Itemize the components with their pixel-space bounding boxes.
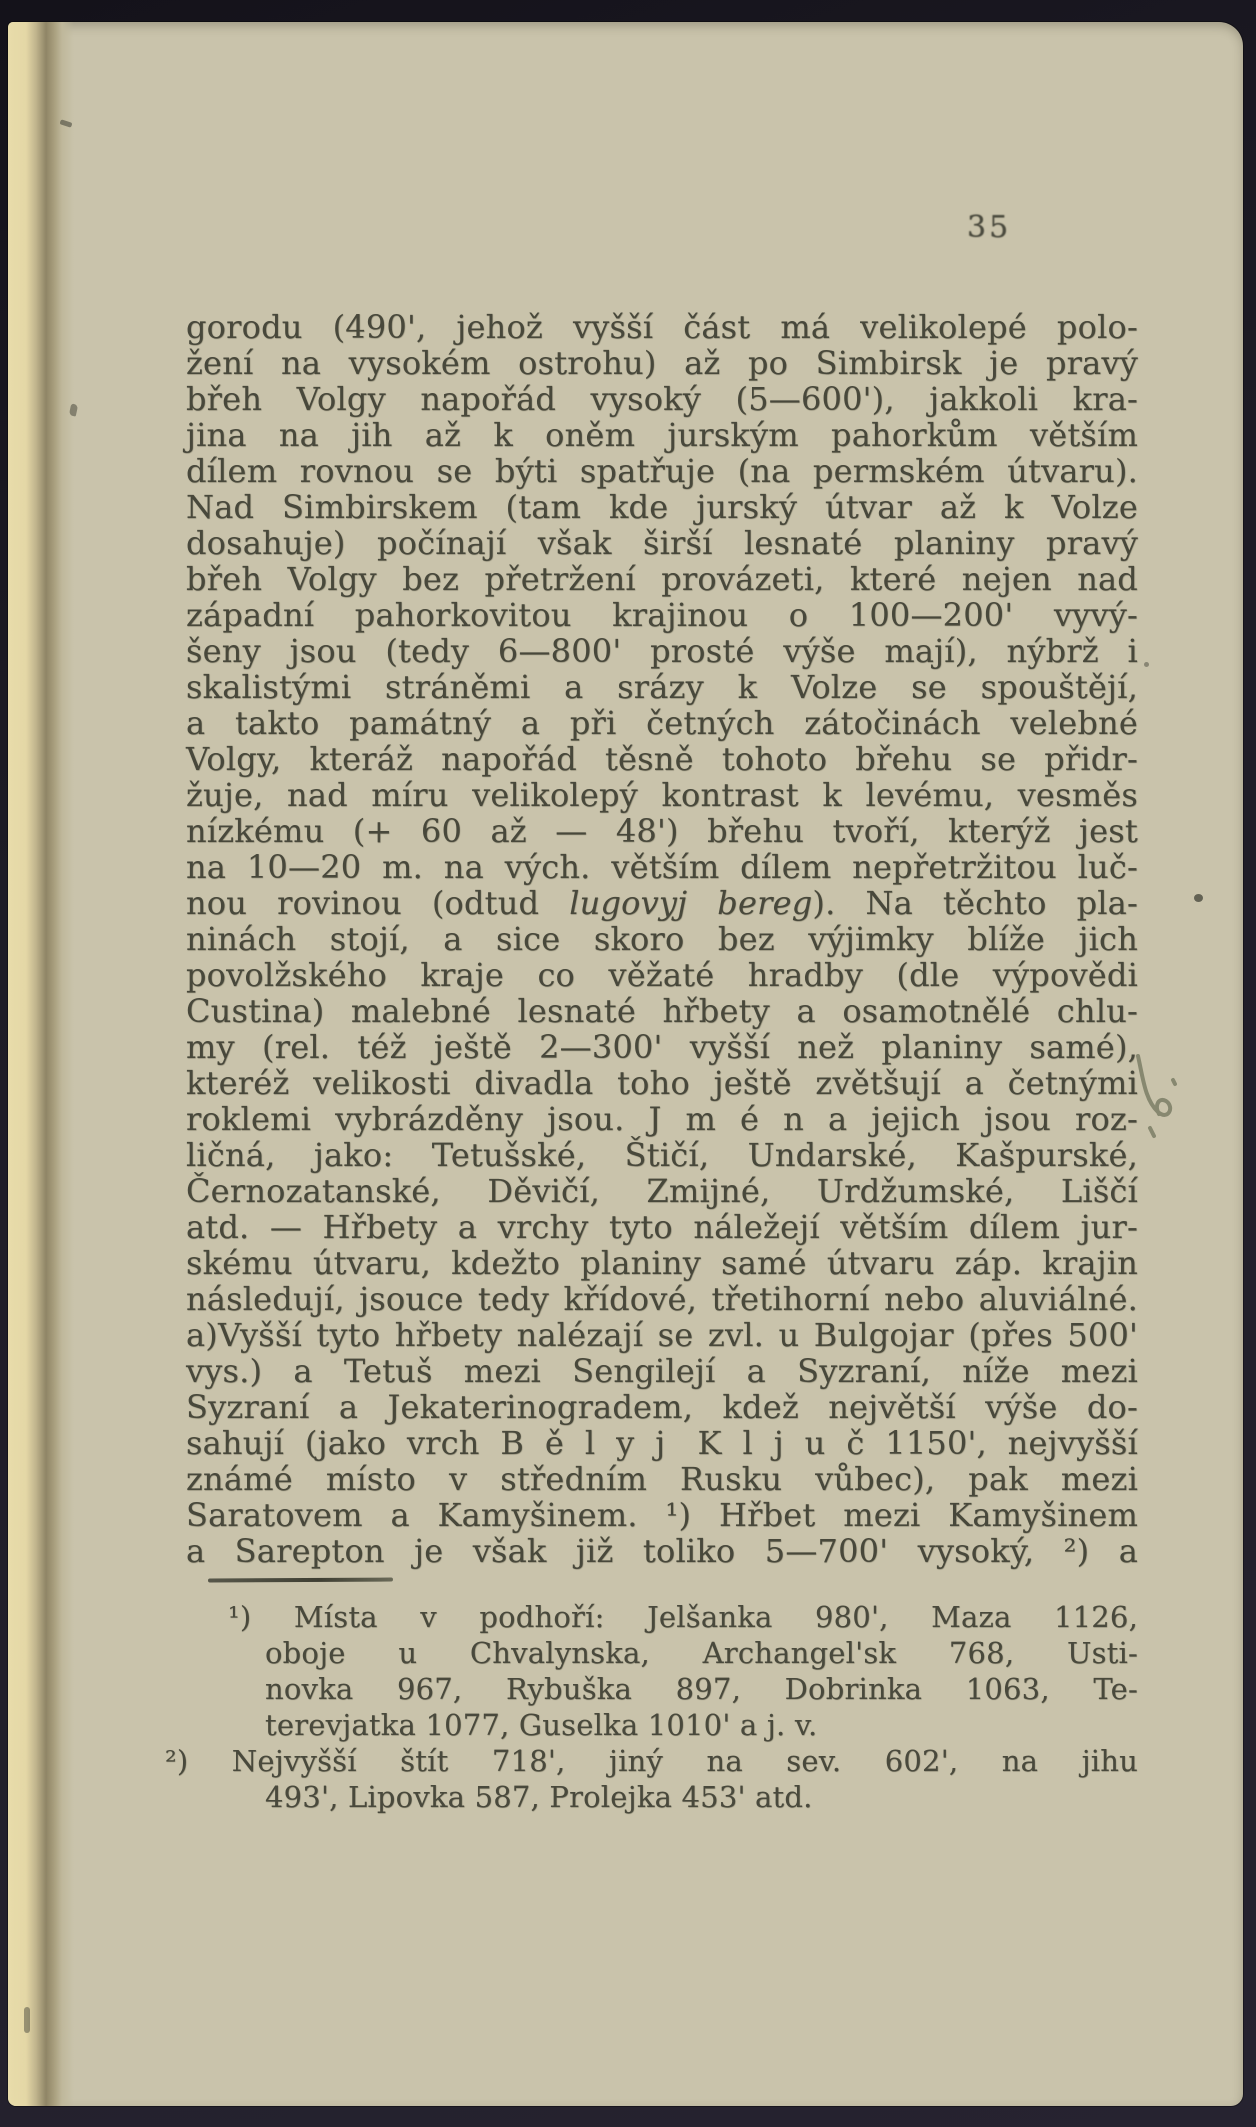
text-line: známé místo v středním Rusku vůbec), pak… bbox=[186, 1461, 1138, 1497]
text-line: šeny jsou (tedy 6—800' prosté výše mají)… bbox=[186, 633, 1138, 669]
text-line: sahují (jako vrch B ě l y j K l j u č 11… bbox=[186, 1425, 1138, 1461]
scan-speck bbox=[1144, 662, 1149, 667]
italic-term: lugovyj bereg bbox=[569, 884, 812, 922]
scan-speck bbox=[69, 403, 78, 416]
page-number: 35 bbox=[967, 210, 1011, 245]
text-line: následují, jsouce tedy křídové, třetihor… bbox=[186, 1281, 1138, 1317]
text-line: žuje, nad míru velikolepý kontrast k lev… bbox=[186, 777, 1138, 813]
text-line: břeh Volgy bez přetržení provázeti, kter… bbox=[186, 561, 1138, 597]
text-line: Saratovem a Kamyšinem. ¹) Hřbet mezi Kam… bbox=[186, 1497, 1138, 1533]
ink-blot-artifact bbox=[1128, 1052, 1188, 1146]
text-line: břeh Volgy napořád vysoký (5—600'), jakk… bbox=[186, 381, 1138, 417]
text-line: my (rel. též ještě 2—300' vyšší než plan… bbox=[186, 1029, 1138, 1065]
text-line: Custina) malebné lesnaté hřbety a osamot… bbox=[186, 993, 1138, 1029]
text-line: a takto památný a při četných zátočinách… bbox=[186, 705, 1138, 741]
text-line: a Sarepton je však již toliko 5—700' vys… bbox=[186, 1533, 1138, 1569]
text-line: kteréž velikosti divadla toho ještě zvět… bbox=[186, 1065, 1138, 1101]
text-line: nízkému (+ 60 až — 48') břehu tvoří, kte… bbox=[186, 813, 1138, 849]
footnote-line: novka 967, Rybuška 897, Dobrinka 1063, T… bbox=[165, 1671, 1138, 1707]
scan-speck bbox=[24, 2007, 30, 2033]
text-line: dílem rovnou se býti spatřuje (na permsk… bbox=[186, 453, 1138, 489]
text-line: Volgy, kteráž napořád těsně tohoto břehu… bbox=[186, 741, 1138, 777]
footnote-line: oboje u Chvalynska, Archangel'sk 768, Us… bbox=[165, 1635, 1138, 1671]
text-line: ninách stojí, a sice skoro bez výjimky b… bbox=[186, 921, 1138, 957]
text-line: na 10—20 m. na vých. větším dílem nepřet… bbox=[186, 849, 1138, 885]
scanned-book-photo: { "page": { "number": "35" }, "colors": … bbox=[0, 0, 1256, 2127]
text-line: a)Vyšší tyto hřbety nalézají se zvl. u B… bbox=[186, 1317, 1138, 1353]
body-text-block: gorodu (490', jehož vyšší část má veliko… bbox=[186, 309, 1138, 1569]
text-line: Syzraní a Jekaterinogradem, kdež největš… bbox=[186, 1389, 1138, 1425]
book-page: 35 gorodu (490', jehož vyšší část má vel… bbox=[8, 22, 1243, 2106]
text-line: skalistými stráněmi a srázy k Volze se s… bbox=[186, 669, 1138, 705]
footnote-line: 493', Lipovka 587, Prolejka 453' atd. bbox=[165, 1779, 1138, 1815]
scan-speck bbox=[1194, 894, 1203, 902]
text-line: povolžského kraje co věžaté hradby (dle … bbox=[186, 957, 1138, 993]
text-line: jina na jih až k oněm jurským pahorkům v… bbox=[186, 417, 1138, 453]
text-line: skému útvaru, kdežto planiny samé útvaru… bbox=[186, 1245, 1138, 1281]
text-line: Černozatanské, Děvičí, Zmijné, Urdžumské… bbox=[186, 1173, 1138, 1209]
footnote-line: ²) Nejvyšší štít 718', jiný na sev. 602'… bbox=[165, 1743, 1138, 1779]
text-line: Nad Simbirskem (tam kde jurský útvar až … bbox=[186, 489, 1138, 525]
text-segment: nou rovinou (odtud bbox=[186, 884, 569, 922]
text-line: atd. — Hřbety a vrchy tyto náležejí větš… bbox=[186, 1209, 1138, 1245]
footnote-line: ¹) Místa v podhoří: Jelšanka 980', Maza … bbox=[165, 1599, 1138, 1635]
page-gutter-shadow bbox=[8, 22, 74, 2106]
footnotes-block: ¹) Místa v podhoří: Jelšanka 980', Maza … bbox=[165, 1599, 1138, 1815]
text-line: dosahuje) počínají však širší lesnaté pl… bbox=[186, 525, 1138, 561]
footnote-line: terevjatka 1077, Guselka 1010' a j. v. bbox=[165, 1707, 1138, 1743]
text-line: žení na vysokém ostrohu) až po Simbirsk … bbox=[186, 345, 1138, 381]
text-line: roklemi vybrázděny jsou. J m é n a jejic… bbox=[186, 1101, 1138, 1137]
text-line: ličná, jako: Tetušské, Štičí, Undarské, … bbox=[186, 1137, 1138, 1173]
ink-squiggle-icon bbox=[1128, 1052, 1188, 1142]
text-line: vys.) a Tetuš mezi Sengilejí a Syzraní, … bbox=[186, 1353, 1138, 1389]
footnote-separator-rule bbox=[208, 1578, 393, 1583]
text-line-with-italic: nou rovinou (odtud lugovyj bereg). Na tě… bbox=[186, 885, 1138, 921]
text-line: gorodu (490', jehož vyšší část má veliko… bbox=[186, 309, 1138, 345]
text-segment: ). Na těchto pla- bbox=[812, 884, 1138, 922]
text-line: západní pahorkovitou krajinou o 100—200'… bbox=[186, 597, 1138, 633]
